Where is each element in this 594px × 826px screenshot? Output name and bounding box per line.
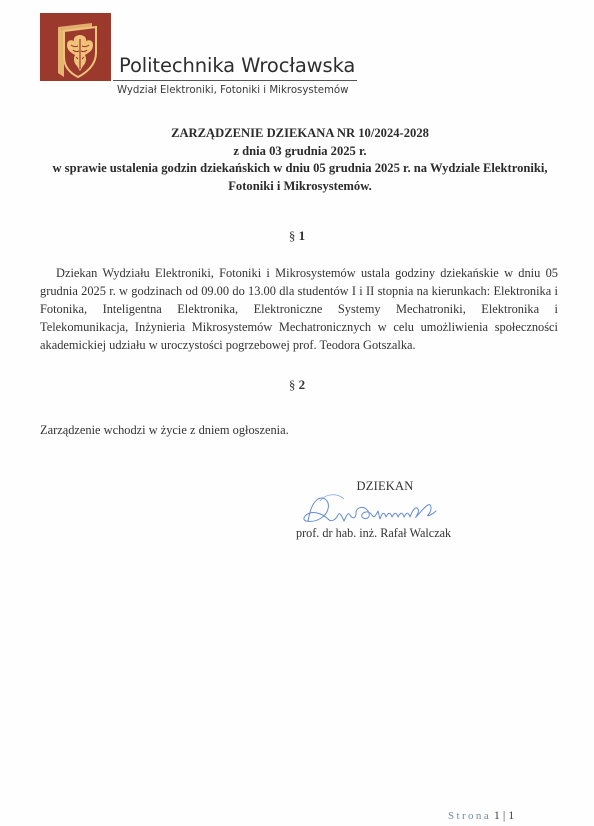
document-subject-line-1: w sprawie ustalenia godzin dziekańskich … xyxy=(30,160,570,178)
document-title: ZARZĄDZENIE DZIEKANA NR 10/2024-2028 xyxy=(30,125,570,143)
total-pages: 1 xyxy=(508,808,514,822)
page-separator: | xyxy=(503,808,505,822)
section-number: 2 xyxy=(299,377,306,392)
header-divider xyxy=(113,80,357,81)
document-page: Politechnika Wrocławska Wydział Elektron… xyxy=(0,0,594,826)
signature-block: DZIEKAN prof. dr hab. inż. Rafał Walczak xyxy=(290,479,480,494)
document-date: z dnia 03 grudnia 2025 r. xyxy=(30,143,570,161)
section-symbol: § xyxy=(289,377,296,392)
page-footer: Strona 1|1 xyxy=(448,808,514,823)
handwritten-signature-icon xyxy=(298,491,468,531)
section-number: 1 xyxy=(299,228,306,243)
section-symbol: § xyxy=(289,228,296,243)
eagle-shield-icon xyxy=(40,13,111,81)
section-1-heading: § 1 xyxy=(0,228,594,244)
page-label: Strona xyxy=(448,810,491,822)
section-2-heading: § 2 xyxy=(0,377,594,393)
section-1-text: Dziekan Wydziału Elektroniki, Fotoniki i… xyxy=(40,264,558,354)
university-name: Politechnika Wrocławska xyxy=(119,54,355,77)
document-title-block: ZARZĄDZENIE DZIEKANA NR 10/2024-2028 z d… xyxy=(30,125,570,195)
current-page: 1 xyxy=(494,808,500,822)
university-logo xyxy=(40,13,111,81)
document-subject-line-2: Fotoniki i Mikrosystemów. xyxy=(30,178,570,196)
faculty-name: Wydział Elektroniki, Fotoniki i Mikrosys… xyxy=(117,85,348,96)
dean-name: prof. dr hab. inż. Rafał Walczak xyxy=(296,526,451,541)
section-2-text: Zarządzenie wchodzi w życie z dniem ogło… xyxy=(40,421,558,439)
